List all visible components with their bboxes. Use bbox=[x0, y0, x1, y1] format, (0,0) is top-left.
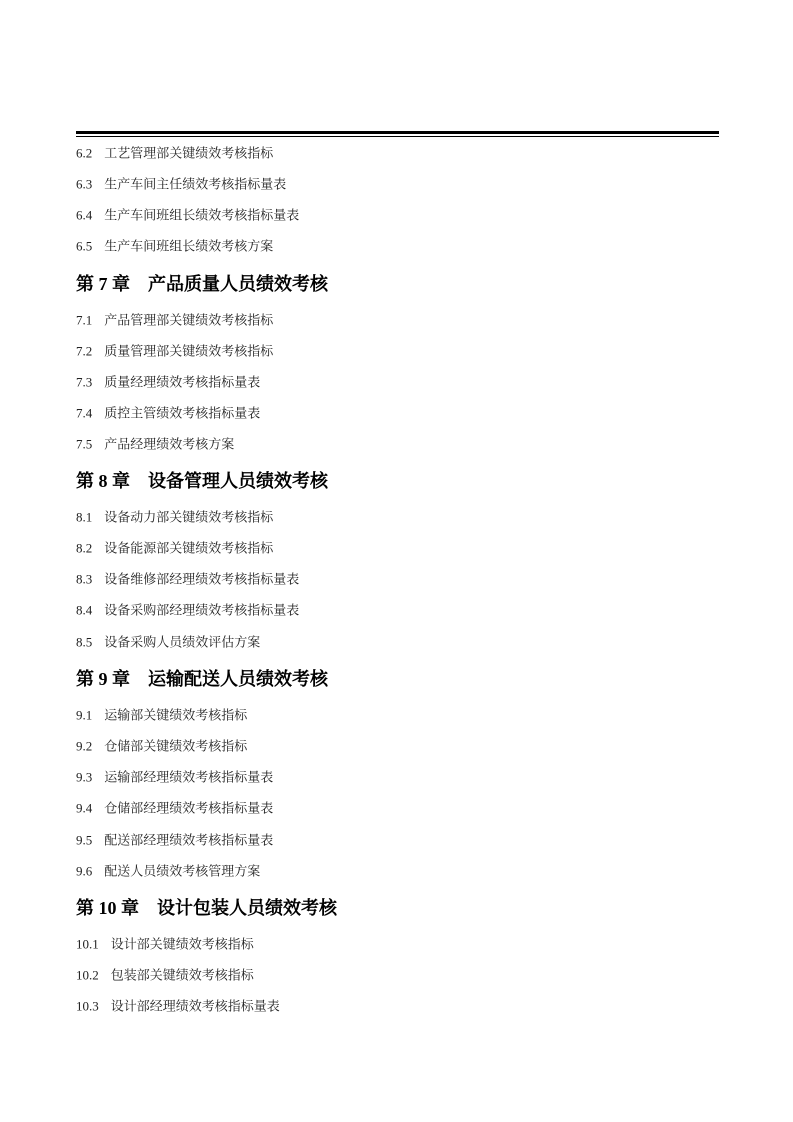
toc-entry-number: 9.1 bbox=[76, 709, 92, 722]
toc-entry[interactable]: 6.5生产车间班组长绩效考核方案 bbox=[76, 240, 273, 253]
toc-entry[interactable]: 7.5产品经理绩效考核方案 bbox=[76, 438, 234, 451]
chapter-title: 产品质量人员绩效考核 bbox=[148, 274, 328, 294]
toc-entry-title: 产品经理绩效考核方案 bbox=[104, 437, 234, 452]
toc-entry-number: 8.3 bbox=[76, 573, 92, 586]
toc-entry-title: 工艺管理部关键绩效考核指标 bbox=[104, 146, 273, 161]
toc-entry-title: 生产车间班组长绩效考核指标量表 bbox=[104, 208, 299, 223]
toc-entry-number: 9.5 bbox=[76, 834, 92, 847]
toc-entry-number: 7.4 bbox=[76, 407, 92, 420]
toc-entry[interactable]: 7.4质控主管绩效考核指标量表 bbox=[76, 407, 260, 420]
toc-entry-title: 仓储部经理绩效考核指标量表 bbox=[104, 801, 273, 816]
toc-entry-number: 6.5 bbox=[76, 240, 92, 253]
toc-chapter-heading[interactable]: 第 7 章产品质量人员绩效考核 bbox=[76, 275, 328, 293]
toc-entry-title: 配送部经理绩效考核指标量表 bbox=[104, 833, 273, 848]
toc-entry-title: 运输部关键绩效考核指标 bbox=[104, 708, 247, 723]
toc-entry-title: 设备采购人员绩效评估方案 bbox=[104, 635, 260, 650]
toc-entry-number: 9.2 bbox=[76, 740, 92, 753]
toc-entry[interactable]: 9.1运输部关键绩效考核指标 bbox=[76, 709, 247, 722]
toc-entry-number: 10.2 bbox=[76, 969, 99, 982]
toc-entry-title: 包装部关键绩效考核指标 bbox=[111, 968, 254, 983]
toc-entry-number: 9.4 bbox=[76, 802, 92, 815]
toc-entry-title: 仓储部关键绩效考核指标 bbox=[104, 739, 247, 754]
toc-entry[interactable]: 6.2工艺管理部关键绩效考核指标 bbox=[76, 147, 273, 160]
toc-entry-title: 质量经理绩效考核指标量表 bbox=[104, 375, 260, 390]
toc-entry-title: 设计部经理绩效考核指标量表 bbox=[111, 999, 280, 1014]
toc-entry[interactable]: 10.3设计部经理绩效考核指标量表 bbox=[76, 1000, 280, 1013]
toc-entry[interactable]: 8.1设备动力部关键绩效考核指标 bbox=[76, 511, 273, 524]
toc-entry[interactable]: 6.4生产车间班组长绩效考核指标量表 bbox=[76, 209, 299, 222]
toc-entry-number: 6.4 bbox=[76, 209, 92, 222]
chapter-number: 第 8 章 bbox=[76, 471, 130, 491]
chapter-number: 第 7 章 bbox=[76, 274, 130, 294]
toc-entry-number: 8.5 bbox=[76, 636, 92, 649]
toc-entry-title: 设备动力部关键绩效考核指标 bbox=[104, 510, 273, 525]
toc-entry-title: 质控主管绩效考核指标量表 bbox=[104, 406, 260, 421]
chapter-number: 第 9 章 bbox=[76, 669, 130, 689]
toc-entry-title: 设备采购部经理绩效考核指标量表 bbox=[104, 603, 299, 618]
toc-chapter-heading[interactable]: 第 9 章运输配送人员绩效考核 bbox=[76, 670, 328, 688]
toc-entry-title: 生产车间班组长绩效考核方案 bbox=[104, 239, 273, 254]
toc-entry-title: 设备维修部经理绩效考核指标量表 bbox=[104, 572, 299, 587]
toc-entry-number: 9.6 bbox=[76, 865, 92, 878]
toc-entry-title: 质量管理部关键绩效考核指标 bbox=[104, 344, 273, 359]
chapter-title: 设计包装人员绩效考核 bbox=[157, 898, 337, 918]
toc-entry[interactable]: 10.2包装部关键绩效考核指标 bbox=[76, 969, 254, 982]
toc-entry[interactable]: 8.3设备维修部经理绩效考核指标量表 bbox=[76, 573, 299, 586]
toc-entry[interactable]: 8.5设备采购人员绩效评估方案 bbox=[76, 636, 260, 649]
toc-entry-number: 10.1 bbox=[76, 938, 99, 951]
toc-entry-title: 配送人员绩效考核管理方案 bbox=[104, 864, 260, 879]
toc-entry[interactable]: 8.4设备采购部经理绩效考核指标量表 bbox=[76, 604, 299, 617]
toc-entry-number: 7.5 bbox=[76, 438, 92, 451]
toc-entry[interactable]: 8.2设备能源部关键绩效考核指标 bbox=[76, 542, 273, 555]
toc-entry[interactable]: 9.4仓储部经理绩效考核指标量表 bbox=[76, 802, 273, 815]
toc-entry[interactable]: 7.1产品管理部关键绩效考核指标 bbox=[76, 314, 273, 327]
toc-entry-number: 8.1 bbox=[76, 511, 92, 524]
toc-entry-number: 10.3 bbox=[76, 1000, 99, 1013]
toc-entry-title: 生产车间主任绩效考核指标量表 bbox=[104, 177, 286, 192]
toc-entry-title: 设计部关键绩效考核指标 bbox=[111, 937, 254, 952]
toc-entry[interactable]: 9.2仓储部关键绩效考核指标 bbox=[76, 740, 247, 753]
toc-entry-title: 产品管理部关键绩效考核指标 bbox=[104, 313, 273, 328]
toc-entry-title: 设备能源部关键绩效考核指标 bbox=[104, 541, 273, 556]
toc-entry[interactable]: 10.1设计部关键绩效考核指标 bbox=[76, 938, 254, 951]
toc-entry[interactable]: 9.3运输部经理绩效考核指标量表 bbox=[76, 771, 273, 784]
chapter-title: 运输配送人员绩效考核 bbox=[148, 669, 328, 689]
toc-entry-number: 7.2 bbox=[76, 345, 92, 358]
toc-entry-number: 8.2 bbox=[76, 542, 92, 555]
toc-entry[interactable]: 9.5配送部经理绩效考核指标量表 bbox=[76, 834, 273, 847]
toc-entry-number: 6.2 bbox=[76, 147, 92, 160]
chapter-number: 第 10 章 bbox=[76, 898, 139, 918]
toc-entry[interactable]: 6.3生产车间主任绩效考核指标量表 bbox=[76, 178, 286, 191]
toc-entry-title: 运输部经理绩效考核指标量表 bbox=[104, 770, 273, 785]
chapter-title: 设备管理人员绩效考核 bbox=[148, 471, 328, 491]
toc-chapter-heading[interactable]: 第 8 章设备管理人员绩效考核 bbox=[76, 472, 328, 490]
table-of-contents: 6.2工艺管理部关键绩效考核指标 6.3生产车间主任绩效考核指标量表 6.4生产… bbox=[0, 0, 793, 1122]
toc-entry[interactable]: 9.6配送人员绩效考核管理方案 bbox=[76, 865, 260, 878]
toc-entry[interactable]: 7.3质量经理绩效考核指标量表 bbox=[76, 376, 260, 389]
toc-entry-number: 7.3 bbox=[76, 376, 92, 389]
toc-chapter-heading[interactable]: 第 10 章设计包装人员绩效考核 bbox=[76, 899, 337, 917]
toc-entry-number: 7.1 bbox=[76, 314, 92, 327]
toc-entry[interactable]: 7.2质量管理部关键绩效考核指标 bbox=[76, 345, 273, 358]
toc-entry-number: 6.3 bbox=[76, 178, 92, 191]
toc-entry-number: 9.3 bbox=[76, 771, 92, 784]
toc-entry-number: 8.4 bbox=[76, 604, 92, 617]
